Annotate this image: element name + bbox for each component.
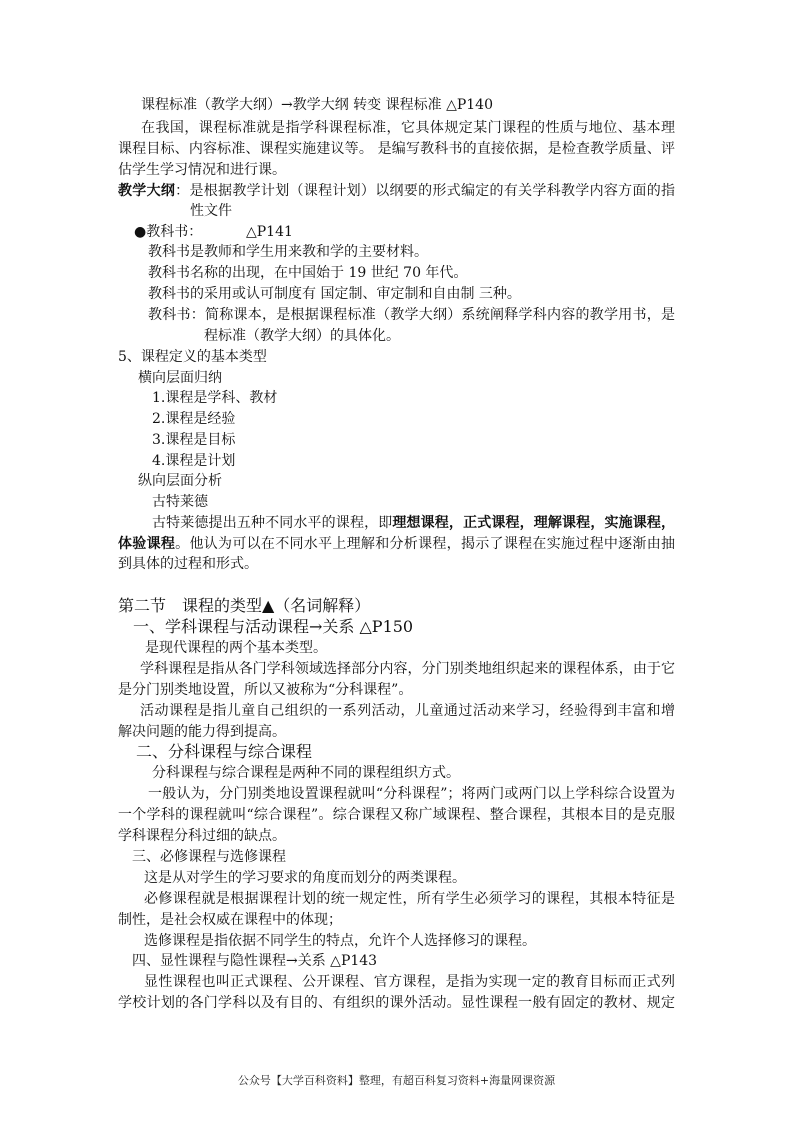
- paragraph-line: 学校计划的各门学科以及有目的、有组织的课外活动。显性课程一般有固定的教材、规定的: [118, 993, 675, 1013]
- subsection-heading: 一、学科课程与活动课程→关系 △P150: [133, 616, 413, 638]
- paragraph-line: 制性，是社会权威在课程中的体现；: [118, 910, 342, 930]
- textbook-label: 教科书：: [146, 224, 202, 240]
- page-footer: 公众号【大学百科资料】整理，有超百科复习资料+海量网课资源: [0, 1072, 793, 1088]
- subsection-heading: 二、分科课程与综合课程: [136, 741, 312, 763]
- paragraph-line: 教科书的采用或认可制度有 国定制、审定制和自由制 三种。: [148, 284, 521, 304]
- list-item: 4.课程是计划: [152, 451, 235, 471]
- textbook-heading: ●教科书：: [134, 222, 202, 242]
- paragraph-line: 古特莱德: [152, 492, 208, 512]
- definition-text: ：是根据教学计划（课程计划）以纲要的形式编定的有关学科教学内容方面的指导: [118, 183, 675, 201]
- text: 古特莱德提出五种不同水平的课程，即: [152, 515, 392, 531]
- term-bold: 教学大纲: [118, 183, 175, 199]
- paragraph-line: 这是从对学生的学习要求的角度而划分的两类课程。: [144, 868, 466, 888]
- paragraph-line: 课程目标、内容标准、课程实施建议等。 是编写教科书的直接依据，是检查教学质量、评: [118, 139, 675, 159]
- list-item: 2.课程是经验: [152, 409, 235, 429]
- paragraph-line: 学科课程是指从各门学科领域选择部分内容，分门别类地组织起来的课程体系，由于它: [140, 659, 675, 679]
- paragraph-line: 到具体的过程和形式。: [118, 554, 258, 574]
- subsection-heading: 三、必修课程与选修课程: [132, 847, 286, 867]
- paragraph-line: 选修课程是指依据不同学生的特点，允许个人选择修习的课程。: [144, 931, 536, 951]
- paragraph-line: 教科书是教师和学生用来教和学的主要材料。: [148, 242, 428, 262]
- paragraph-line: 必修课程就是根据课程计划的统一规定性，所有学生必须学习的课程，其根本特征是强: [144, 889, 675, 909]
- paragraph-line: 一个学科的课程就叫“综合课程”。综合课程又称广域课程、整合课程，其根本目的是克服: [118, 805, 675, 825]
- paragraph-line: 一般认为，分门别类地设置课程就叫“分科课程”；将两门或两门以上学科综合设置为: [148, 784, 675, 804]
- paragraph-line: 是现代课程的两个基本类型。: [145, 638, 327, 658]
- section-heading: 5、课程定义的基本类型: [118, 347, 267, 367]
- chapter-section-title: 第二节 课程的类型▲（名词解释）: [118, 595, 370, 617]
- page-reference: △P141: [246, 222, 293, 242]
- heading-curriculum-standard: 课程标准（教学大纲）→教学大纲 转变 课程标准 △P140: [141, 95, 493, 115]
- paragraph-line: 显性课程也叫正式课程、公开课程、官方课程，是指为实现一定的教育目标而正式列入: [144, 972, 675, 992]
- subheading: 纵向层面分析: [138, 471, 222, 491]
- paragraph-line: 古特莱德提出五种不同水平的课程，即理想课程，正式课程，理解课程，实施课程，: [152, 513, 675, 533]
- subsection-heading: 四、显性课程与隐性课程→关系 △P143: [132, 951, 377, 971]
- list-item: 3.课程是目标: [152, 430, 235, 450]
- paragraph-line: 在我国，课程标准就是指学科课程标准，它具体规定某门课程的性质与地位、基本理念、: [141, 118, 675, 138]
- term-bold: 体验课程: [118, 536, 175, 552]
- paragraph-line: 教科书：简称课本，是根据课程标准（教学大纲）系统阐释学科内容的教学用书，是课: [148, 305, 675, 325]
- paragraph-line: 教科书名称的出现，在中国始于 19 世纪 70 年代。: [148, 263, 467, 283]
- term-bold: 理想课程，正式课程，理解课程，实施课程，: [392, 515, 675, 531]
- definition-teaching-syllabus: 教学大纲：是根据教学计划（课程计划）以纲要的形式编定的有关学科教学内容方面的指导: [118, 181, 675, 201]
- bullet-icon: ●: [134, 224, 146, 240]
- paragraph-line: 估学生学习情况和进行课。: [118, 160, 286, 180]
- paragraph-line: 是分门别类地设置，所以又被称为“分科课程”。: [118, 680, 412, 700]
- list-item: 1.课程是学科、教材: [152, 388, 277, 408]
- paragraph-line: 分科课程与综合课程是两种不同的课程组织方式。: [152, 763, 460, 783]
- subheading: 横向层面归纳: [138, 368, 222, 388]
- paragraph-line: 学科课程分科过细的缺点。: [118, 826, 286, 846]
- paragraph-line: 程标准（教学大纲）的具体化。: [204, 326, 400, 346]
- text: 。他认为可以在不同水平上理解和分析课程，揭示了课程在实施过程中逐渐由抽象: [118, 536, 675, 554]
- paragraph-line: 体验课程。他认为可以在不同水平上理解和分析课程，揭示了课程在实施过程中逐渐由抽象: [118, 534, 675, 554]
- paragraph-line: 解决问题的能力得到提高。: [118, 722, 286, 742]
- paragraph-line: 性文件: [190, 201, 232, 221]
- paragraph-line: 活动课程是指儿童自己组织的一系列活动，儿童通过活动来学习，经验得到丰富和增长，: [140, 701, 675, 721]
